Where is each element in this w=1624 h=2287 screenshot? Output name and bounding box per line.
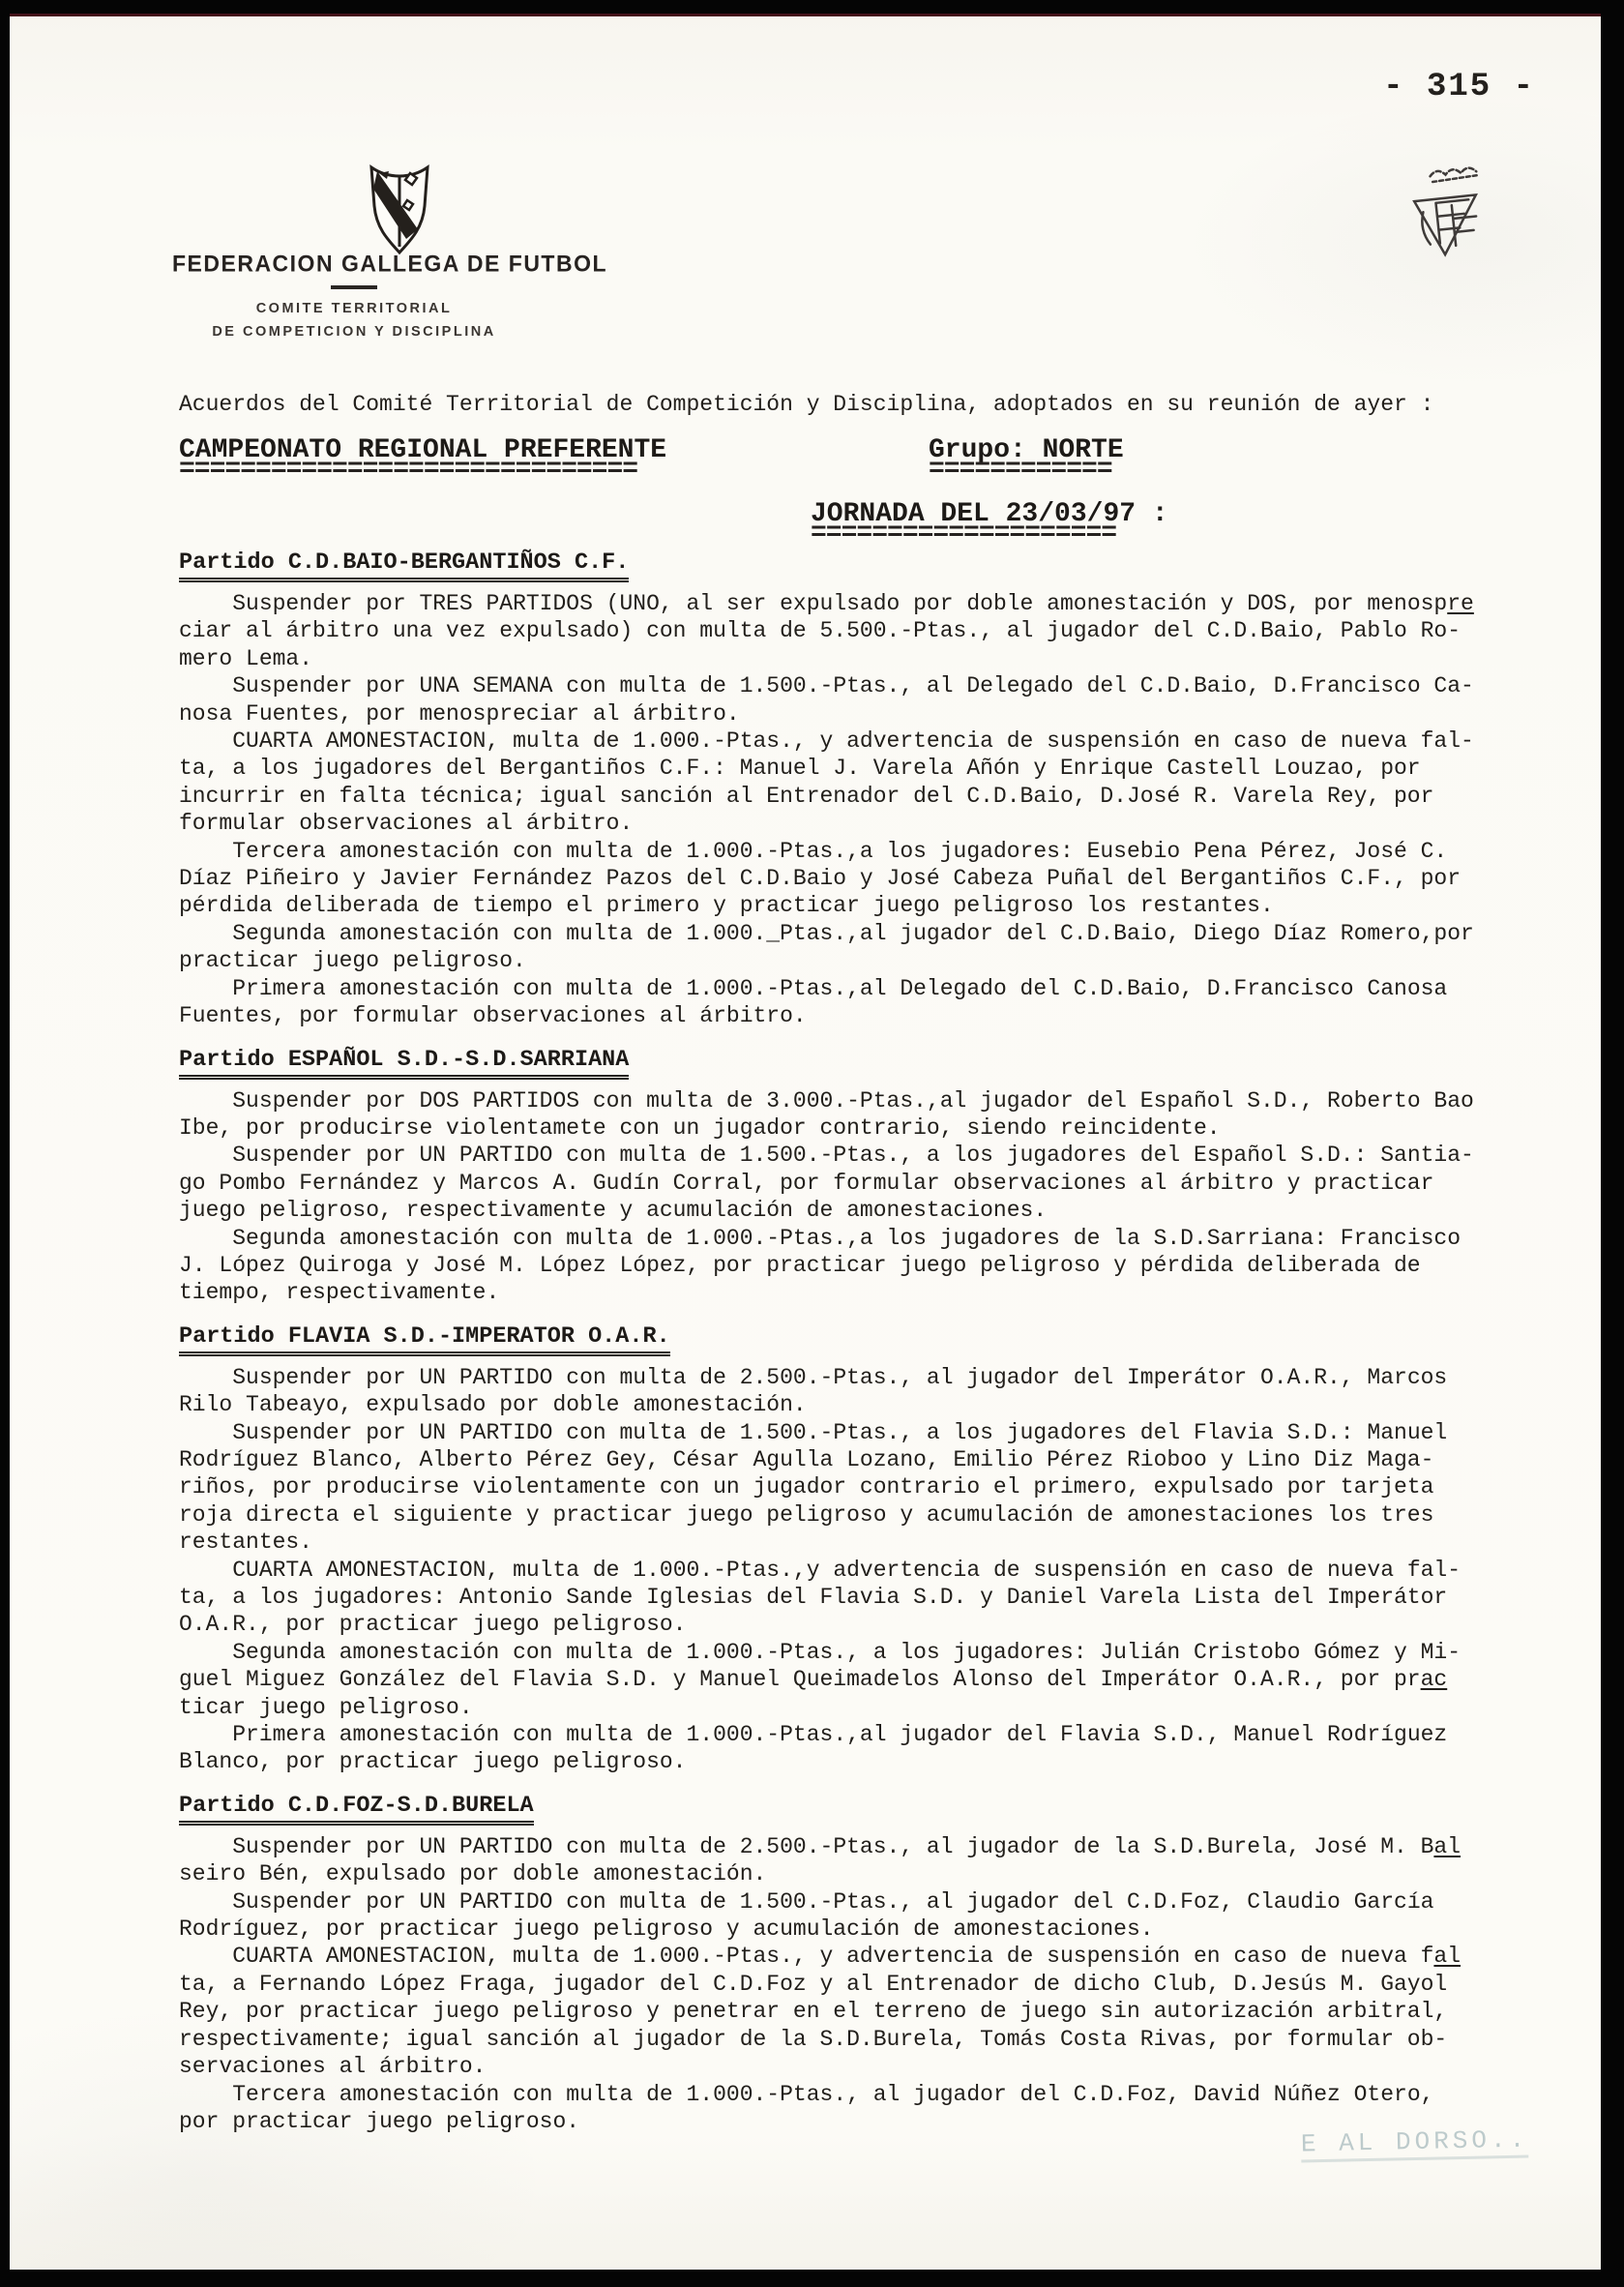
- text-line: seiro Bén, expulsado por doble amonestac…: [179, 1860, 1528, 1887]
- text-line: Rodríguez Blanco, Alberto Pérez Gey, Cés…: [179, 1446, 1528, 1473]
- letterhead: FEDERACION GALLEGA DE FUTBOL COMITE TERR…: [172, 251, 536, 343]
- text-line: Suspender por UN PARTIDO con multa de 2.…: [179, 1364, 1528, 1391]
- text-line: Segunda amonestación con multa de 1.000.…: [179, 1225, 1528, 1252]
- text-line: Suspender por UNA SEMANA con multa de 1.…: [179, 672, 1528, 699]
- text-line: Blanco, por practicar juego peligroso.: [179, 1748, 1528, 1775]
- text-line: nosa Fuentes, por menospreciar al árbitr…: [179, 700, 1528, 728]
- text-line: ciar al árbitro una vez expulsado) con m…: [179, 617, 1528, 644]
- scanned-page: - 315 - FEDERACION GALLEGA DE FUTBOL: [10, 14, 1601, 2270]
- text-line: juego peligroso, respectivamente y acumu…: [179, 1197, 1528, 1224]
- match-title: Partido C.D.BAIO-BERGANTIÑOS C.F.: [179, 549, 1528, 578]
- committee-line-2: DE COMPETICION Y DISCIPLINA: [172, 320, 536, 343]
- text-line: Rey, por practicar juego peligroso y pen…: [179, 1998, 1528, 2025]
- text-line: Suspender por UN PARTIDO con multa de 2.…: [179, 1833, 1528, 1860]
- intro-paragraph: Acuerdos del Comité Territorial de Compe…: [179, 392, 1533, 417]
- organization-name: FEDERACION GALLEGA DE FUTBOL: [172, 250, 536, 278]
- match-title: Partido C.D.FOZ-S.D.BURELA: [179, 1792, 1528, 1821]
- text-line: guel Miguez González del Flavia S.D. y M…: [179, 1666, 1528, 1693]
- text-line: formular observaciones al árbitro.: [179, 810, 1528, 837]
- text-line: Suspender por UN PARTIDO con multa de 1.…: [179, 1142, 1528, 1169]
- text-line: ta, a Fernando López Fraga, jugador del …: [179, 1971, 1528, 1998]
- competition-underline: ==============================: [179, 463, 666, 477]
- text-line: ta, a los jugadores del Bergantiños C.F.…: [179, 755, 1528, 782]
- competition-heading: CAMPEONATO REGIONAL PREFERENTE =========…: [179, 436, 666, 477]
- text-line: ticar juego peligroso.: [179, 1694, 1528, 1721]
- text-line: O.A.R., por practicar juego peligroso.: [179, 1611, 1528, 1638]
- continues-overleaf-stamp: E AL DORSO..: [1301, 2125, 1529, 2163]
- text-line: Tercera amonestación con multa de 1.000.…: [179, 2081, 1528, 2108]
- text-line: pérdida deliberada de tiempo el primero …: [179, 892, 1528, 919]
- text-line: CUARTA AMONESTACION, multa de 1.000.-Pta…: [179, 1943, 1528, 1970]
- matchday-underline: ====================: [811, 527, 1168, 541]
- text-line: riños, por producirse violentamente con …: [179, 1473, 1528, 1500]
- letterhead-rule: [331, 285, 377, 289]
- text-line: Segunda amonestación con multa de 1.000.…: [179, 920, 1528, 947]
- match-section: Partido C.D.BAIO-BERGANTIÑOS C.F. Suspen…: [179, 549, 1528, 1030]
- text-line: restantes.: [179, 1529, 1528, 1556]
- committee-line-1: COMITE TERRITORIAL: [172, 297, 536, 320]
- text-line: go Pombo Fernández y Marcos A. Gudín Cor…: [179, 1170, 1528, 1197]
- text-line: Segunda amonestación con multa de 1.000.…: [179, 1639, 1528, 1666]
- text-line: respectivamente; igual sanción al jugado…: [179, 2026, 1528, 2053]
- group-underline: ============: [929, 463, 1124, 477]
- text-line: Rodríguez, por practicar juego peligroso…: [179, 1916, 1528, 1943]
- federation-crest-icon: [368, 162, 431, 261]
- match-title: Partido FLAVIA S.D.-IMPERATOR O.A.R.: [179, 1322, 1528, 1351]
- federation-stamp-icon: [1381, 154, 1507, 284]
- match-title: Partido ESPAÑOL S.D.-S.D.SARRIANA: [179, 1046, 1528, 1075]
- text-line: Fuentes, por formular observaciones al á…: [179, 1002, 1528, 1029]
- match-section: Partido C.D.FOZ-S.D.BURELA Suspender por…: [179, 1792, 1528, 2135]
- text-line: Suspender por UN PARTIDO con multa de 1.…: [179, 1888, 1528, 1916]
- text-line: Suspender por TRES PARTIDOS (UNO, al ser…: [179, 590, 1528, 617]
- text-line: servaciones al árbitro.: [179, 2053, 1528, 2080]
- text-line: roja directa el siguiente y practicar ju…: [179, 1501, 1528, 1529]
- text-line: Suspender por UN PARTIDO con multa de 1.…: [179, 1419, 1528, 1446]
- text-line: ta, a los jugadores: Antonio Sande Igles…: [179, 1584, 1528, 1611]
- text-line: CUARTA AMONESTACION, multa de 1.000.-Pta…: [179, 728, 1528, 755]
- match-section: Partido FLAVIA S.D.-IMPERATOR O.A.R. Sus…: [179, 1322, 1528, 1776]
- text-line: J. López Quiroga y José M. López López, …: [179, 1252, 1528, 1279]
- text-line: Ibe, por producirse violentamete con un …: [179, 1114, 1528, 1142]
- text-line: Díaz Piñeiro y Javier Fernández Pazos de…: [179, 865, 1528, 892]
- matches: Partido C.D.BAIO-BERGANTIÑOS C.F. Suspen…: [179, 549, 1528, 2135]
- text-line: CUARTA AMONESTACION, multa de 1.000.-Pta…: [179, 1557, 1528, 1584]
- text-line: Suspender por DOS PARTIDOS con multa de …: [179, 1087, 1528, 1114]
- page-number: - 315 -: [1383, 69, 1535, 105]
- text-line: mero Lema.: [179, 645, 1528, 672]
- matchday-heading: JORNADA DEL 23/03/97 : =================…: [811, 500, 1168, 541]
- text-line: Tercera amonestación con multa de 1.000.…: [179, 838, 1528, 865]
- text-line: Primera amonestación con multa de 1.000.…: [179, 1721, 1528, 1748]
- text-line: practicar juego peligroso.: [179, 947, 1528, 974]
- match-section: Partido ESPAÑOL S.D.-S.D.SARRIANA Suspen…: [179, 1046, 1528, 1307]
- text-line: incurrir en falta técnica; igual sanción…: [179, 783, 1528, 810]
- text-line: Primera amonestación con multa de 1.000.…: [179, 975, 1528, 1002]
- text-line: Rilo Tabeayo, expulsado por doble amones…: [179, 1391, 1528, 1418]
- group-heading: Grupo: NORTE ============: [929, 436, 1124, 477]
- text-line: tiempo, respectivamente.: [179, 1279, 1528, 1306]
